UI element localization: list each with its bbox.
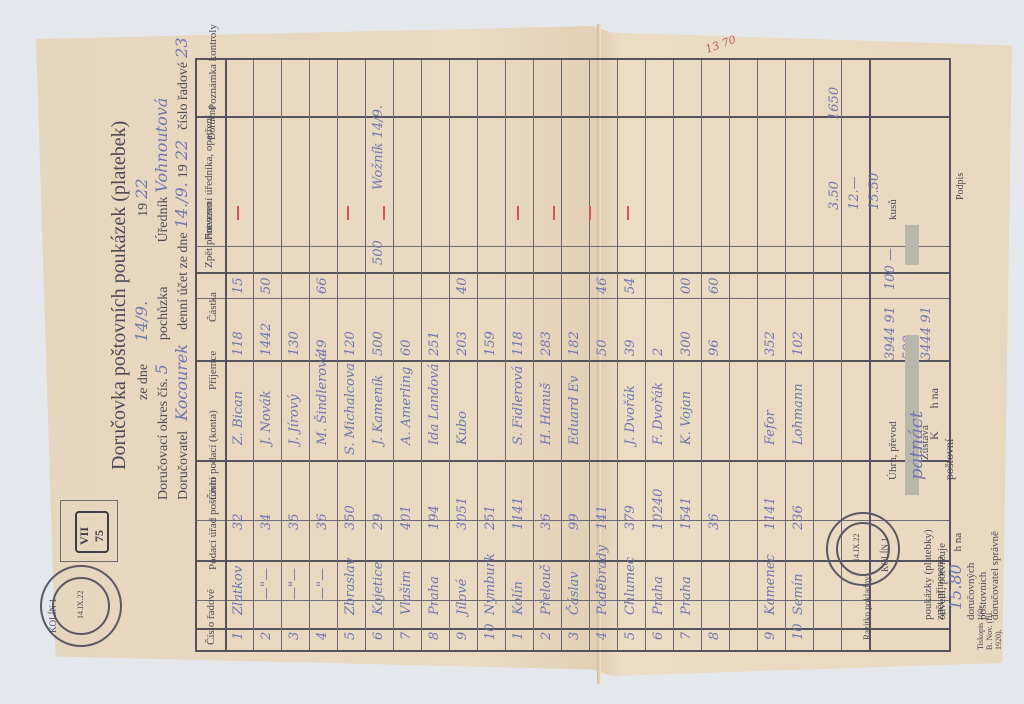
issued-line: ze dne 14/9. 19 22 — [132, 178, 152, 470]
col-3-header: Číslo podací (konta) — [207, 410, 219, 500]
signature-label: Podpis — [955, 173, 966, 200]
form-header: Doručovka poštovních poukázek (platebek) — [108, 121, 131, 470]
section-mark: VII 75 — [75, 511, 109, 553]
receipt-confirm: odvedl, potvrzuje — [936, 543, 948, 620]
uhrn-label: Úhrn, převod — [887, 421, 899, 480]
form-title: Doručovka poštovních poukázek (platebek) — [108, 121, 131, 470]
red-sum-2: 12.— — [847, 176, 862, 210]
print-footer: Tiskopis 160-B. Nov. (III. 1920). — [976, 602, 1003, 650]
postmark-stamp-right: KOLÍN 1 14.IX.22 — [826, 512, 900, 586]
section-mark-box: VII 75 — [60, 500, 118, 562]
uhrn-value: 3944 91 — [883, 306, 898, 360]
col-4-header: Příjemce — [207, 351, 219, 390]
zustava-value: 3444 91 — [919, 306, 934, 360]
circled-total: 1650 — [827, 87, 842, 120]
row-6-note: Wožník 14/9. — [371, 105, 386, 190]
carrier-line: Doručovatel Kocourek denní účet ze dne 1… — [172, 38, 192, 471]
kusu-count: 100 — — [883, 248, 898, 290]
district-line: Doručovací okres čís. 5 pochůzka Úředník… — [152, 98, 172, 470]
col-8-header: Doručné — [207, 106, 218, 140]
postmark-stamp-left: KOLÍN 1 14.IX.22 — [40, 565, 122, 647]
col-5-header: Částka — [207, 292, 219, 322]
col-1-header: Číslo řadové — [205, 589, 217, 645]
kusu-label: kusů — [887, 199, 899, 220]
receipt-block: patnáct K h na poštovní — [906, 362, 957, 480]
col-9-header: Poznámka kontroly — [207, 24, 219, 110]
red-sum-3: 15.50 — [867, 173, 882, 210]
red-sum-1: 3.50 — [827, 181, 842, 210]
